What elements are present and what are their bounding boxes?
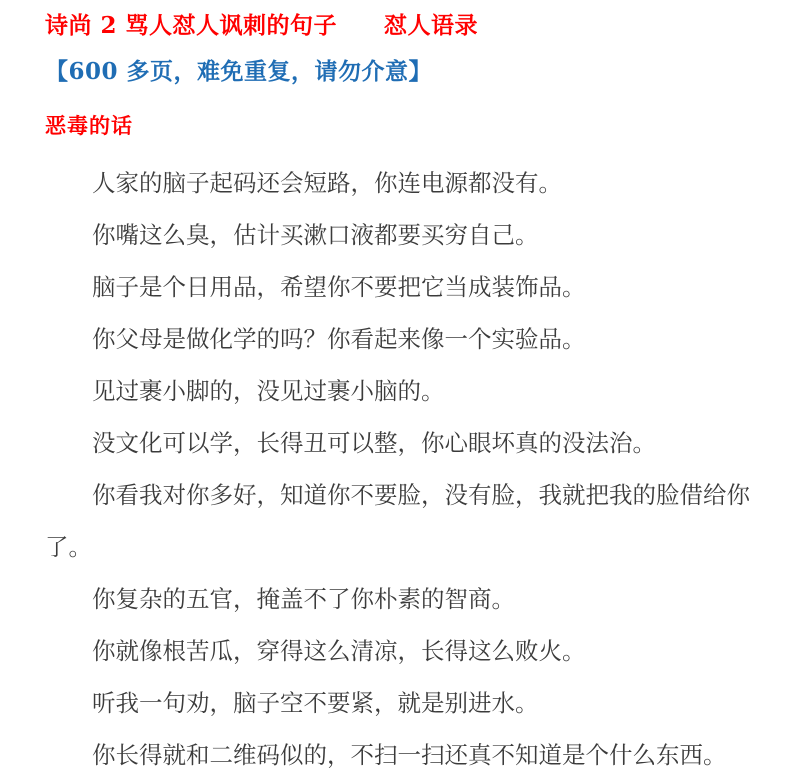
paragraph: 你长得就和二维码似的，不扫一扫还真不知道是个什么东西。 [45, 729, 760, 781]
paragraph: 你就像根苦瓜，穿得这么清凉，长得这么败火。 [45, 625, 760, 677]
page-title: 诗尚 2 骂人怼人讽刺的句子 怼人语录 [45, 10, 760, 42]
page-subtitle-note: 【600 多页，难免重复，请勿介意】 [45, 56, 760, 88]
paragraph: 你看我对你多好，知道你不要脸，没有脸，我就把我的脸借给你了。 [45, 469, 760, 573]
paragraph: 听我一句劝，脑子空不要紧，就是别进水。 [45, 677, 760, 729]
paragraph-list: 人家的脑子起码还会短路，你连电源都没有。你嘴这么臭，估计买漱口液都要买穷自己。脑… [45, 157, 760, 781]
paragraph: 你父母是做化学的吗？你看起来像一个实验品。 [45, 313, 760, 365]
document-page: 诗尚 2 骂人怼人讽刺的句子 怼人语录 【600 多页，难免重复，请勿介意】 恶… [0, 0, 803, 782]
paragraph: 见过裹小脚的，没见过裹小脑的。 [45, 365, 760, 417]
paragraph: 你复杂的五官，掩盖不了你朴素的智商。 [45, 573, 760, 625]
paragraph: 脑子是个日用品，希望你不要把它当成装饰品。 [45, 261, 760, 313]
paragraph: 你嘴这么臭，估计买漱口液都要买穷自己。 [45, 209, 760, 261]
paragraph: 没文化可以学，长得丑可以整，你心眼坏真的没法治。 [45, 417, 760, 469]
paragraph: 人家的脑子起码还会短路，你连电源都没有。 [45, 157, 760, 209]
section-heading: 恶毒的话 [45, 112, 760, 140]
